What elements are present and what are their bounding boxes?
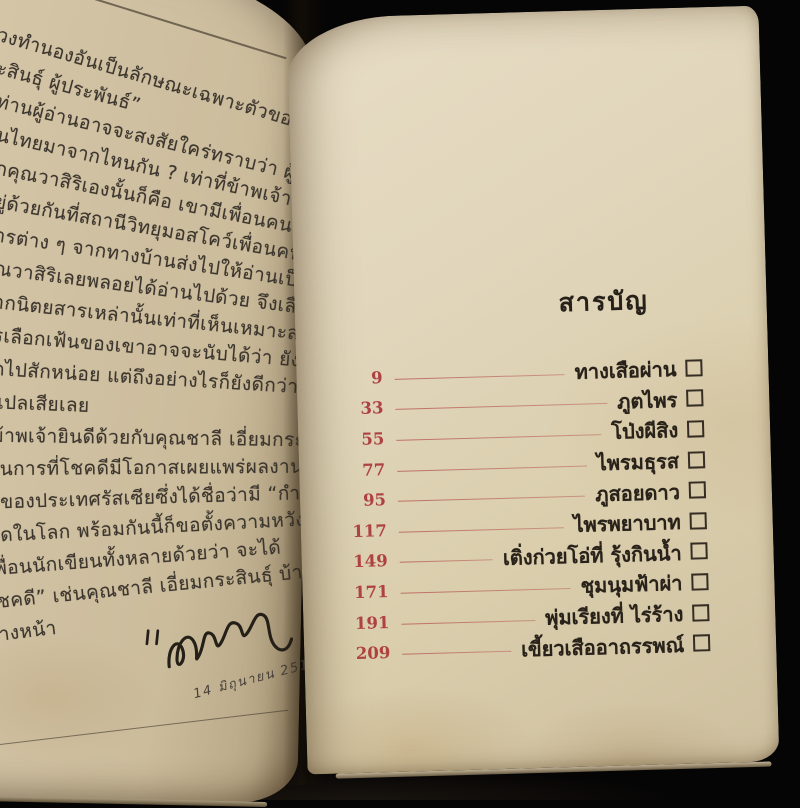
- toc-entry-title: ไพรมธุรส: [596, 445, 679, 479]
- toc-checkbox-icon: [693, 634, 710, 651]
- toc-checkbox-icon: [688, 451, 705, 468]
- toc-page-number: 9: [336, 368, 383, 388]
- toc-page-number: 77: [339, 460, 386, 480]
- toc-leader-line: [399, 527, 564, 533]
- toc-checkbox-icon: [687, 420, 704, 437]
- preface-text: ่วงทำนองอันเป็นลักษณะเฉพาะตัวของชาติ ะสิ…: [0, 1, 302, 672]
- toc-page-number: 117: [341, 521, 388, 541]
- toc-page-number: 171: [342, 582, 389, 602]
- toc-entry-title: เขี้ยวเสืออาถรรพณ์: [521, 629, 685, 666]
- toc-page-number: 55: [338, 429, 385, 449]
- toc-checkbox-icon: [691, 573, 708, 590]
- toc-page-number: 149: [341, 551, 388, 571]
- toc-leader-line: [397, 465, 587, 471]
- toc-checkbox-icon: [689, 481, 706, 498]
- left-page: ่วงทำนองอันเป็นลักษณะเฉพาะตัวของชาติ ะสิ…: [0, 0, 315, 800]
- toc-entry-title: ภูตไพร: [617, 384, 678, 418]
- toc-page-number: 191: [343, 613, 390, 633]
- toc-entry-title: ชุมนุมฟ้าผ่า: [580, 567, 683, 602]
- toc-leader-line: [396, 434, 601, 441]
- toc-entry-title: โป่งผีสิง: [611, 414, 679, 448]
- toc-leader-line: [402, 651, 511, 655]
- toc-checkbox-icon: [685, 359, 702, 376]
- toc-checkbox-icon: [692, 604, 709, 621]
- toc-leader-line: [400, 560, 493, 564]
- toc-checkbox-icon: [689, 512, 706, 529]
- toc-leader-line: [398, 496, 585, 502]
- toc-leader-line: [401, 620, 535, 625]
- toc-entry-title: ทางเสือผ่าน: [574, 353, 677, 388]
- toc-checkbox-icon: [686, 390, 703, 407]
- toc-page-number: 209: [344, 643, 391, 663]
- toc-leader-line: [395, 374, 565, 380]
- toc-leader-line: [395, 403, 607, 410]
- toc-entry-title: ไพรพยาบาท: [573, 506, 681, 541]
- table-of-contents: สารบัญ 9 ทางเสือผ่าน 33 ภูตไพร: [334, 279, 710, 669]
- toc-entry-title: ภูสอยดาว: [595, 476, 680, 510]
- toc-page-number: 95: [340, 490, 387, 510]
- toc-leader-line: [401, 588, 571, 594]
- toc-checkbox-icon: [690, 543, 707, 560]
- right-page: สารบัญ 9 ทางเสือผ่าน 33 ภูตไพร: [287, 6, 780, 775]
- footer-rule: [0, 710, 288, 747]
- toc-list: 9 ทางเสือผ่าน 33 ภูตไพร 55: [336, 353, 710, 669]
- toc-title: สารบัญ: [334, 279, 701, 329]
- toc-page-number: 33: [337, 399, 384, 419]
- book-photo: ่วงทำนองอันเป็นลักษณะเฉพาะตัวของชาติ ะสิ…: [0, 0, 800, 800]
